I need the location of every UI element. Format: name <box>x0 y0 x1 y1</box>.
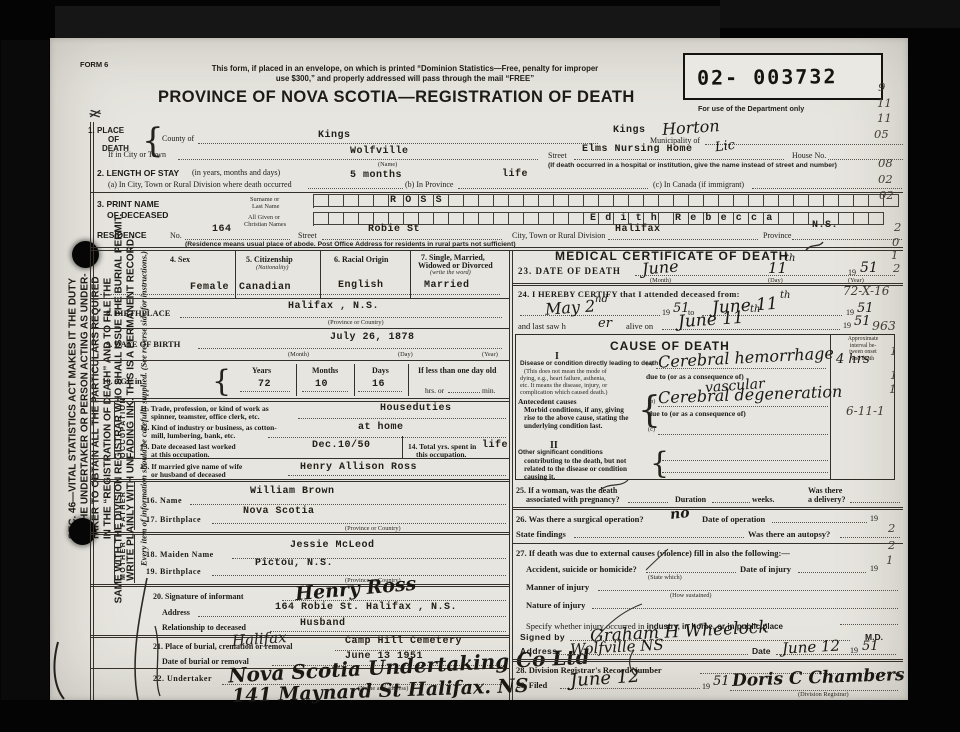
pen-stroke <box>646 549 668 570</box>
pen-stroke-overlay <box>50 38 908 700</box>
pen-stroke <box>806 242 823 250</box>
death-certificate-document: SEC. 46—VITAL STATISTICS ACT MAKES IT TH… <box>50 38 908 700</box>
scan-shadow-left <box>1 40 49 700</box>
scan-shadow-top-left <box>55 6 720 40</box>
pen-stroke <box>135 578 147 700</box>
pen-stroke <box>600 480 628 490</box>
pen-stroke <box>155 626 160 696</box>
scan-shadow-top-right <box>720 0 960 28</box>
pen-stroke <box>54 642 64 699</box>
pen-stroke <box>595 604 642 640</box>
pen-stroke <box>630 650 636 676</box>
